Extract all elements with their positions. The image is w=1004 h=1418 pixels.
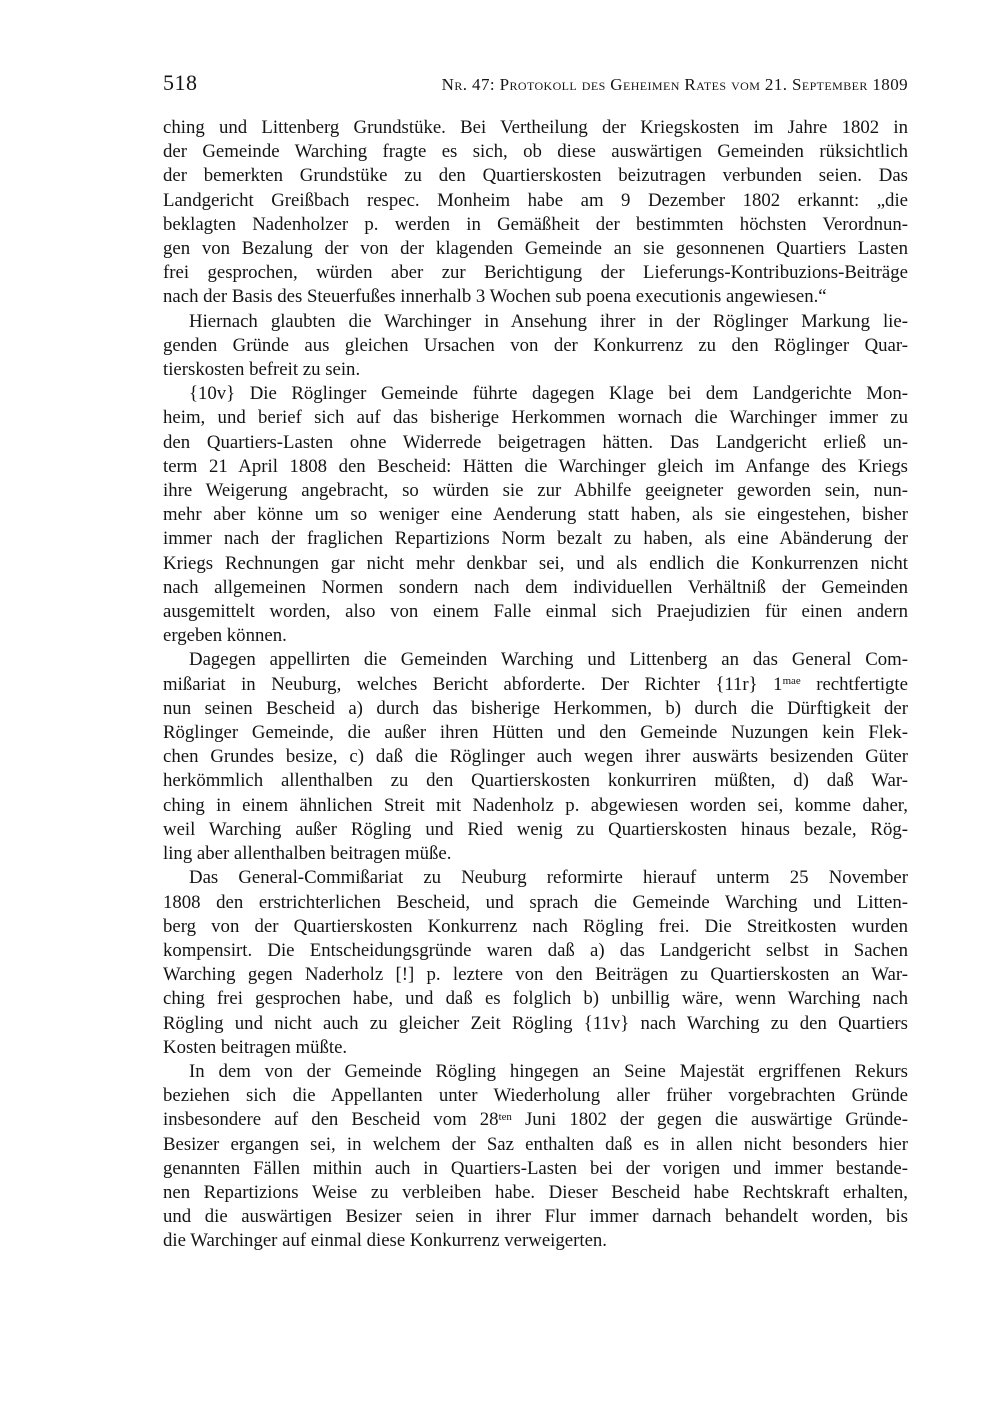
text-line: nach der Basis des Steuerfußes innerhalb… xyxy=(163,285,908,309)
text-line: heim, und berief sich auf das bisherige … xyxy=(163,406,908,430)
text-line: immer nach der fraglichen Repartizions N… xyxy=(163,527,908,551)
text-line: In dem von der Gemeinde Rögling hingegen… xyxy=(163,1060,908,1084)
text-line: genden Gründe aus gleichen Ursachen von … xyxy=(163,334,908,358)
text-line: ching in einem ähnlichen Streit mit Nade… xyxy=(163,794,908,818)
text-line: Röglinger Gemeinde, die außer ihren Hütt… xyxy=(163,721,908,745)
page-number: 518 xyxy=(163,70,198,96)
superscript: ten xyxy=(499,1111,512,1123)
text-line: ling aber allenthalben beitragen müße. xyxy=(163,842,908,866)
text-line: nen Repartizions Weise zu verbleiben hab… xyxy=(163,1181,908,1205)
text-line: Dagegen appellirten die Gemeinden Warchi… xyxy=(163,648,908,672)
paragraph: ching und Littenberg Grundstüke. Bei Ver… xyxy=(163,116,908,310)
body-text: ching und Littenberg Grundstüke. Bei Ver… xyxy=(163,116,908,1254)
text-line: chen Grundes besize, c) daß die Röglinge… xyxy=(163,745,908,769)
text-line: berg von der Quartierskosten Konkurrenz … xyxy=(163,915,908,939)
text-line: weil Warching außer Rögling und Ried wen… xyxy=(163,818,908,842)
text-line: gen von Bezalung der von der klagenden G… xyxy=(163,237,908,261)
text-line: ihre Weigerung angebracht, so würden sie… xyxy=(163,479,908,503)
text-line: Hiernach glaubten die Warchinger in Anse… xyxy=(163,310,908,334)
text-line: insbesondere auf den Bescheid vom 28ten … xyxy=(163,1108,908,1132)
book-page: 518 Nr. 47: Protokoll des Geheimen Rates… xyxy=(0,0,1004,1418)
text-line: Rögling und nicht auch zu gleicher Zeit … xyxy=(163,1012,908,1036)
text-line: der bemerkten Grundstüke zu den Quartier… xyxy=(163,164,908,188)
text-line: ching und Littenberg Grundstüke. Bei Ver… xyxy=(163,116,908,140)
text-line: tierskosten befreit zu sein. xyxy=(163,358,908,382)
text-line: mehr aber könne um so weniger eine Aende… xyxy=(163,503,908,527)
text-line: herkömmlich allenthalben zu den Quartier… xyxy=(163,769,908,793)
text-line: term 21 April 1808 den Bescheid: Hätten … xyxy=(163,455,908,479)
paragraph: Hiernach glaubten die Warchinger in Anse… xyxy=(163,310,908,383)
text-line: Landgericht Greißbach respec. Monheim ha… xyxy=(163,189,908,213)
text-line: Warching gegen Naderholz [!] p. leztere … xyxy=(163,963,908,987)
paragraph: In dem von der Gemeinde Rögling hingegen… xyxy=(163,1060,908,1254)
text-line: genannten Fällen mithin auch in Quartier… xyxy=(163,1157,908,1181)
superscript: mae xyxy=(783,675,801,687)
text-line: beklagten Nadenholzer p. werden in Gemäß… xyxy=(163,213,908,237)
text-line: frei gesprochen, würden aber zur Bericht… xyxy=(163,261,908,285)
text-line: {10v} Die Röglinger Gemeinde führte dage… xyxy=(163,382,908,406)
text-line: Kriegs Rechnungen gar nicht mehr denkbar… xyxy=(163,552,908,576)
text-line: 1808 den erstrichterlichen Bescheid, und… xyxy=(163,891,908,915)
text-line: nun seinen Bescheid a) durch das bisheri… xyxy=(163,697,908,721)
text-line: Besizer ergangen sei, in welchem der Saz… xyxy=(163,1133,908,1157)
text-line: den Quartiers-Lasten ohne Widerrede beig… xyxy=(163,431,908,455)
text-line: ausgemittelt worden, also von einem Fall… xyxy=(163,600,908,624)
text-line: der Gemeinde Warching fragte es sich, ob… xyxy=(163,140,908,164)
text-line: Kosten beitragen müßte. xyxy=(163,1036,908,1060)
text-line: mißariat in Neuburg, welches Bericht abf… xyxy=(163,673,908,697)
paragraph: {10v} Die Röglinger Gemeinde führte dage… xyxy=(163,382,908,648)
text-line: die Warchinger auf einmal diese Konkurre… xyxy=(163,1229,908,1253)
text-line: beziehen sich die Appellanten unter Wied… xyxy=(163,1084,908,1108)
text-line: und die auswärtigen Besizer seien in ihr… xyxy=(163,1205,908,1229)
text-line: ergeben können. xyxy=(163,624,908,648)
running-head-title: Nr. 47: Protokoll des Geheimen Rates vom… xyxy=(442,75,908,95)
paragraph: Dagegen appellirten die Gemeinden Warchi… xyxy=(163,648,908,866)
running-header: 518 Nr. 47: Protokoll des Geheimen Rates… xyxy=(163,70,908,96)
text-line: ching frei gesprochen habe, und daß es f… xyxy=(163,987,908,1011)
text-line: nach allgemeinen Normen sondern nach dem… xyxy=(163,576,908,600)
text-line: Das General-Commißariat zu Neuburg refor… xyxy=(163,866,908,890)
text-line: kompensirt. Die Entscheidungsgründe ware… xyxy=(163,939,908,963)
paragraph: Das General-Commißariat zu Neuburg refor… xyxy=(163,866,908,1060)
